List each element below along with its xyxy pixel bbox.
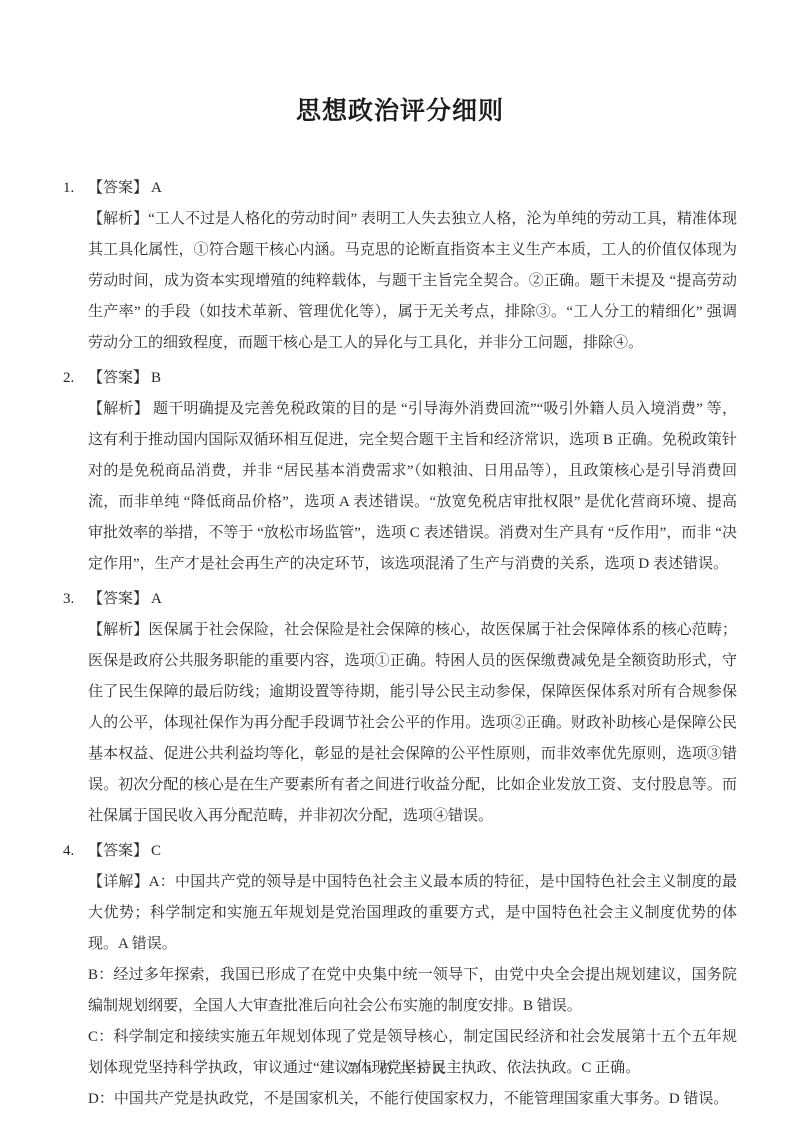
answer-label: 【答案】 <box>88 591 148 607</box>
explanation-paragraph-a: 【详解】A：中国共产党的领导是中国特色社会主义最本质的特征，是中国特色社会主义制… <box>63 867 737 960</box>
document-page: 思想政治评分细则 1.【答案】A 【解析】“工人不过是人格化的劳动时间” 表明工… <box>0 0 794 1123</box>
answer-line-1: 1.【答案】A <box>63 173 737 204</box>
answer-label: 【答案】 <box>88 370 148 386</box>
answer-item-1: 1.【答案】A 【解析】“工人不过是人格化的劳动时间” 表明工人失去独立人格，沦… <box>63 173 737 359</box>
answer-list: 1.【答案】A 【解析】“工人不过是人格化的劳动时间” 表明工人失去独立人格，沦… <box>63 173 737 1115</box>
answer-label: 【答案】 <box>88 180 148 196</box>
item-number: 4. <box>63 836 88 867</box>
answer-item-2: 2.【答案】B 【解析】 题干明确提及完善免税政策的目的是 “引导海外消费回流”… <box>63 363 737 580</box>
page-footer: 第 1 页 共 6 页 <box>0 1059 794 1077</box>
explanation-paragraph: 【解析】 题干明确提及完善免税政策的目的是 “引导海外消费回流”“吸引外籍人员入… <box>63 394 737 580</box>
explanation-paragraph: 【解析】“工人不过是人格化的劳动时间” 表明工人失去独立人格，沦为单纯的劳动工具… <box>63 204 737 359</box>
explanation-paragraph-d: D：中国共产党是执政党，不是国家机关，不能行使国家权力，不能管理国家重大事务。D… <box>63 1084 737 1115</box>
explanation-paragraph-b: B：经过多年探索，我国已形成了在党中央集中统一领导下，由党中央全会提出规划建议，… <box>63 960 737 1022</box>
item-number: 1. <box>63 173 88 204</box>
answer-value: A <box>148 180 162 196</box>
answer-value: C <box>148 843 161 859</box>
answer-value: A <box>148 591 162 607</box>
answer-label: 【答案】 <box>88 843 148 859</box>
answer-line-2: 2.【答案】B <box>63 363 737 394</box>
answer-item-3: 3.【答案】A 【解析】医保属于社会保险，社会保险是社会保障的核心，故医保属于社… <box>63 584 737 832</box>
item-number: 3. <box>63 584 88 615</box>
answer-value: B <box>148 370 161 386</box>
answer-line-3: 3.【答案】A <box>63 584 737 615</box>
answer-line-4: 4.【答案】C <box>63 836 737 867</box>
page-title: 思想政治评分细则 <box>63 97 737 127</box>
explanation-paragraph: 【解析】医保属于社会保险，社会保险是社会保障的核心，故医保属于社会保障体系的核心… <box>63 615 737 832</box>
item-number: 2. <box>63 363 88 394</box>
